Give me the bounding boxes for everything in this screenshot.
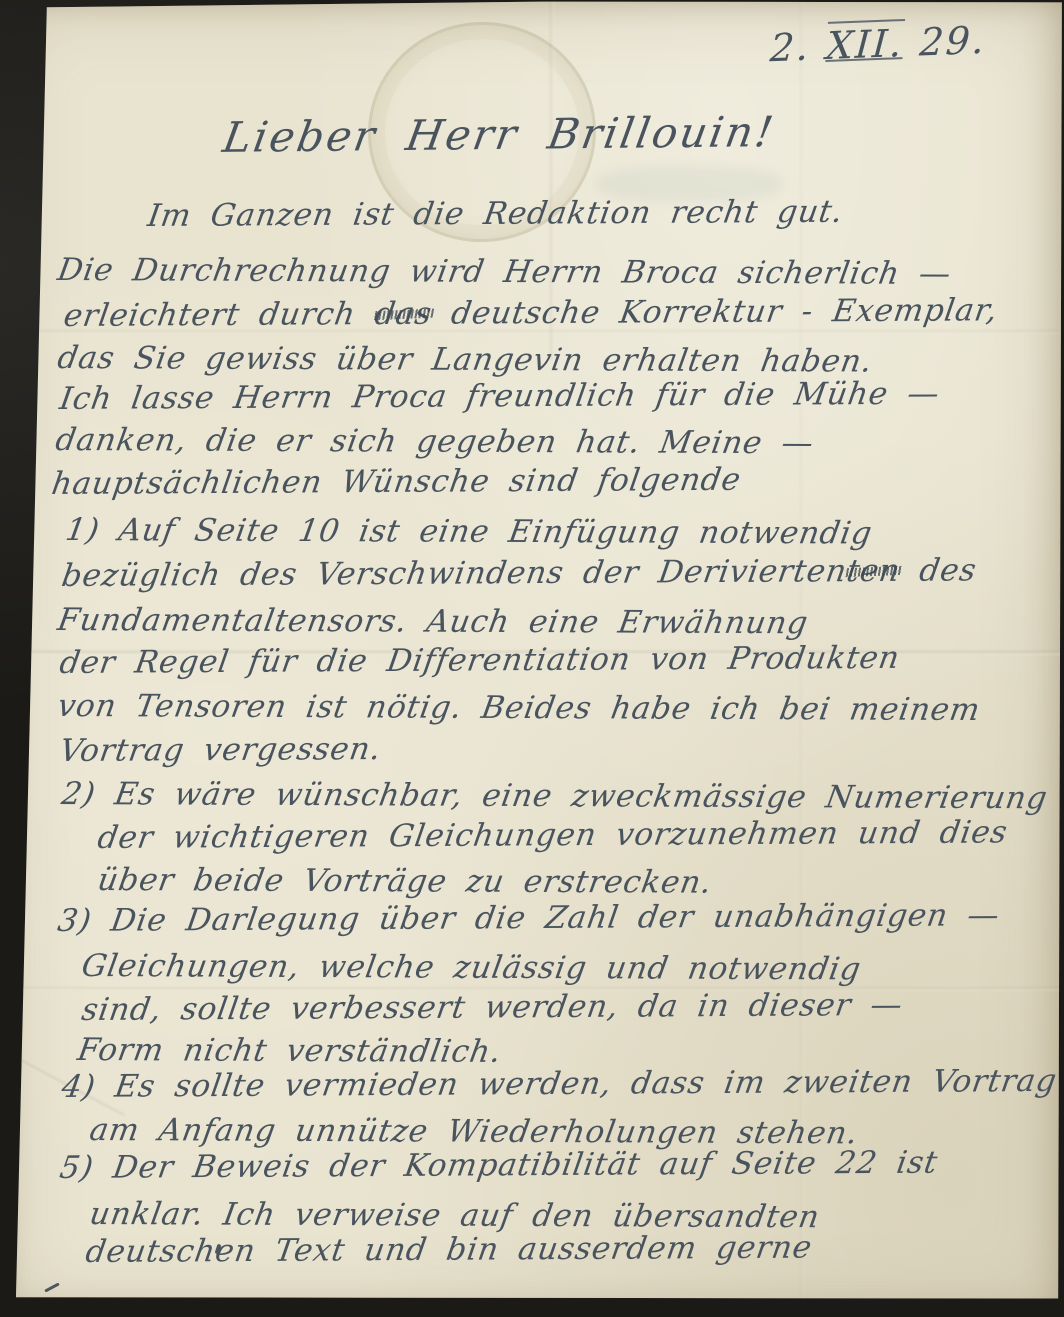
letter-paper: 2. XII. 29. Lieber Herr Brillouin! Im Ga…: [0, 0, 1064, 1317]
letter-line: deutschen Text und bin ausserdem gerne: [83, 1230, 814, 1270]
letter-date: 2. XII. 29.: [769, 18, 988, 70]
line-segment: deutsche Korrektur - Exemplar,: [429, 292, 1000, 331]
crossed-out-word: ten: [844, 553, 903, 589]
letter-line: Ich lasse Herrn Proca freundlich für die…: [57, 376, 942, 417]
letter-line-item-5: 5) Der Beweis der Kompatibilität auf Sei…: [57, 1145, 940, 1186]
stray-ink-mark: [44, 1282, 60, 1292]
letter-line: das Sie gewiss über Langevin erhalten ha…: [55, 340, 875, 380]
letter-line: der Regel für die Differentiation von Pr…: [57, 640, 902, 681]
letter-line: Im Ganzen ist die Redaktion recht gut.: [145, 194, 845, 234]
letter-line: Gleichungen, welche zulässig und notwend…: [79, 948, 864, 987]
letter-line: hauptsächlichen Wünsche sind folgende: [49, 462, 743, 502]
letter-line: über beide Vorträge zu erstrecken.: [95, 862, 715, 901]
letter-line: sind, sollte verbessert werden, da in di…: [79, 987, 905, 1028]
letter-line: von Tensoren ist nötig. Beides habe ich …: [55, 688, 983, 728]
salutation: Lieber Herr Brillouin!: [219, 107, 778, 162]
letter-line: Vortrag vergessen.: [57, 731, 384, 769]
line-segment: erleichtert durch: [61, 296, 378, 334]
letter-line-item-4: 4) Es sollte vermieden werden, dass im z…: [59, 1063, 1059, 1105]
scanned-letter: 2. XII. 29. Lieber Herr Brillouin! Im Ga…: [0, 0, 1064, 1317]
letter-line: erleichtert durch das deutsche Korrektur…: [61, 292, 1000, 334]
letter-line: bezüglich des Verschwindens der Derivier…: [59, 552, 979, 594]
line-segment: des: [897, 552, 979, 588]
letter-line: Form nicht verständlich.: [75, 1032, 504, 1070]
date-year: 29.: [918, 18, 987, 65]
date-day: 2.: [769, 25, 812, 71]
crossed-out-word: das: [372, 296, 434, 332]
letter-line: Fundamentaltensors. Auch eine Erwähnung: [55, 602, 811, 641]
line-segment: bezüglich des Verschwindens der Derivier…: [59, 553, 849, 594]
date-month-roman: XII.: [823, 21, 907, 68]
letter-line-item-2: 2) Es wäre wünschbar, eine zweckmässige …: [59, 776, 1050, 816]
letter-line-item-3: 3) Die Darlegung über die Zahl der unabh…: [55, 897, 1002, 939]
letter-line-item-1: 1) Auf Seite 10 ist eine Einfügung notwe…: [63, 512, 875, 552]
letter-line: danken, die er sich gegeben hat. Meine —: [53, 422, 817, 461]
letter-line: der wichtigeren Gleichungen vorzunehmen …: [95, 814, 1010, 856]
letter-line: Die Durchrechnung wird Herrn Broca siche…: [55, 252, 954, 292]
